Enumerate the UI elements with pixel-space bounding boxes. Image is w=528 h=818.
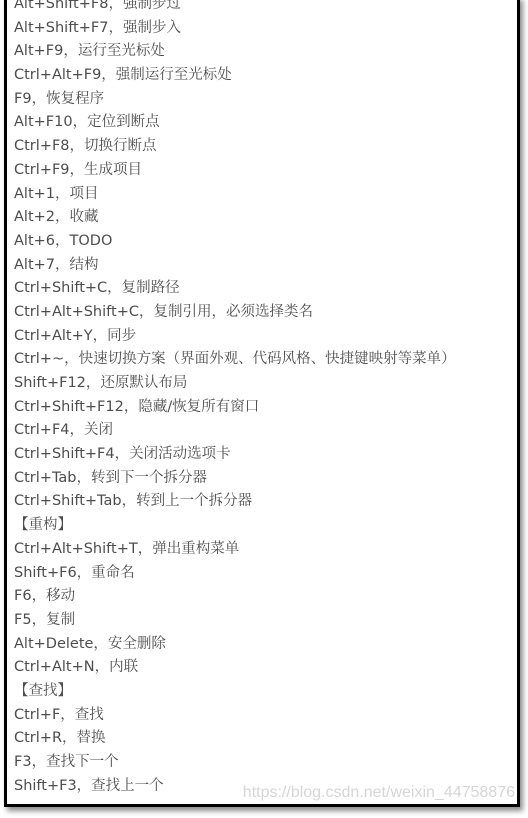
section-heading-find: 【查找】 xyxy=(14,680,456,704)
shortcut-line: Ctrl+R，替换 xyxy=(14,727,456,751)
shortcut-line: F5，复制 xyxy=(14,609,456,633)
shortcut-line: Alt+Shift+F7，强制步入 xyxy=(14,17,456,41)
shortcut-line: Alt+F10，定位到断点 xyxy=(14,111,456,135)
shortcut-line: Alt+6，TODO xyxy=(14,230,456,254)
shortcut-list: Alt+Shift+F8，强制步过 Alt+Shift+F7，强制步入 Alt+… xyxy=(14,0,456,798)
shortcut-line: Shift+F6，重命名 xyxy=(14,562,456,586)
screenshot-frame: Alt+Shift+F8，强制步过 Alt+Shift+F7，强制步入 Alt+… xyxy=(4,0,520,807)
shortcut-line: Ctrl+F9，生成项目 xyxy=(14,159,456,183)
shortcut-line: F3，查找下一个 xyxy=(14,751,456,775)
shortcut-line: Ctrl+Alt+F9，强制运行至光标处 xyxy=(14,64,456,88)
shortcut-line: Ctrl+Shift+F4，关闭活动选项卡 xyxy=(14,443,456,467)
shortcut-line: F6，移动 xyxy=(14,585,456,609)
shortcut-line: Alt+Shift+F8，强制步过 xyxy=(14,0,456,17)
shortcut-line: Ctrl+Shift+Tab，转到上一个拆分器 xyxy=(14,490,456,514)
shortcut-line: Ctrl+Shift+F12，隐藏/恢复所有窗口 xyxy=(14,396,456,420)
shortcut-line: Shift+F12，还原默认布局 xyxy=(14,372,456,396)
shortcut-line: Ctrl+F，查找 xyxy=(14,704,456,728)
shortcut-line: Alt+7，结构 xyxy=(14,254,456,278)
shortcut-line: Ctrl+Shift+C，复制路径 xyxy=(14,277,456,301)
watermark: https://blog.csdn.net/weixin_44758876 xyxy=(243,784,515,802)
shortcut-line: Ctrl+Alt+Shift+C，复制引用，必须选择类名 xyxy=(14,301,456,325)
shortcut-line: Ctrl+F4，关闭 xyxy=(14,419,456,443)
shortcut-line: Alt+1，项目 xyxy=(14,183,456,207)
shortcut-line: Ctrl+Alt+Shift+T，弹出重构菜单 xyxy=(14,538,456,562)
shortcut-line: Alt+2，收藏 xyxy=(14,206,456,230)
section-heading-refactor: 【重构】 xyxy=(14,514,456,538)
shortcut-line: Ctrl+F8，切换行断点 xyxy=(14,135,456,159)
shortcut-line: Ctrl+Alt+N，内联 xyxy=(14,656,456,680)
shortcut-line: Alt+Delete，安全删除 xyxy=(14,633,456,657)
shortcut-line: F9，恢复程序 xyxy=(14,88,456,112)
shortcut-line: Alt+F9，运行至光标处 xyxy=(14,40,456,64)
shortcut-line: Ctrl+~，快速切换方案（界面外观、代码风格、快捷键映射等菜单） xyxy=(14,348,456,372)
shortcut-line: Ctrl+Tab，转到下一个拆分器 xyxy=(14,467,456,491)
shortcut-line: Ctrl+Alt+Y，同步 xyxy=(14,325,456,349)
